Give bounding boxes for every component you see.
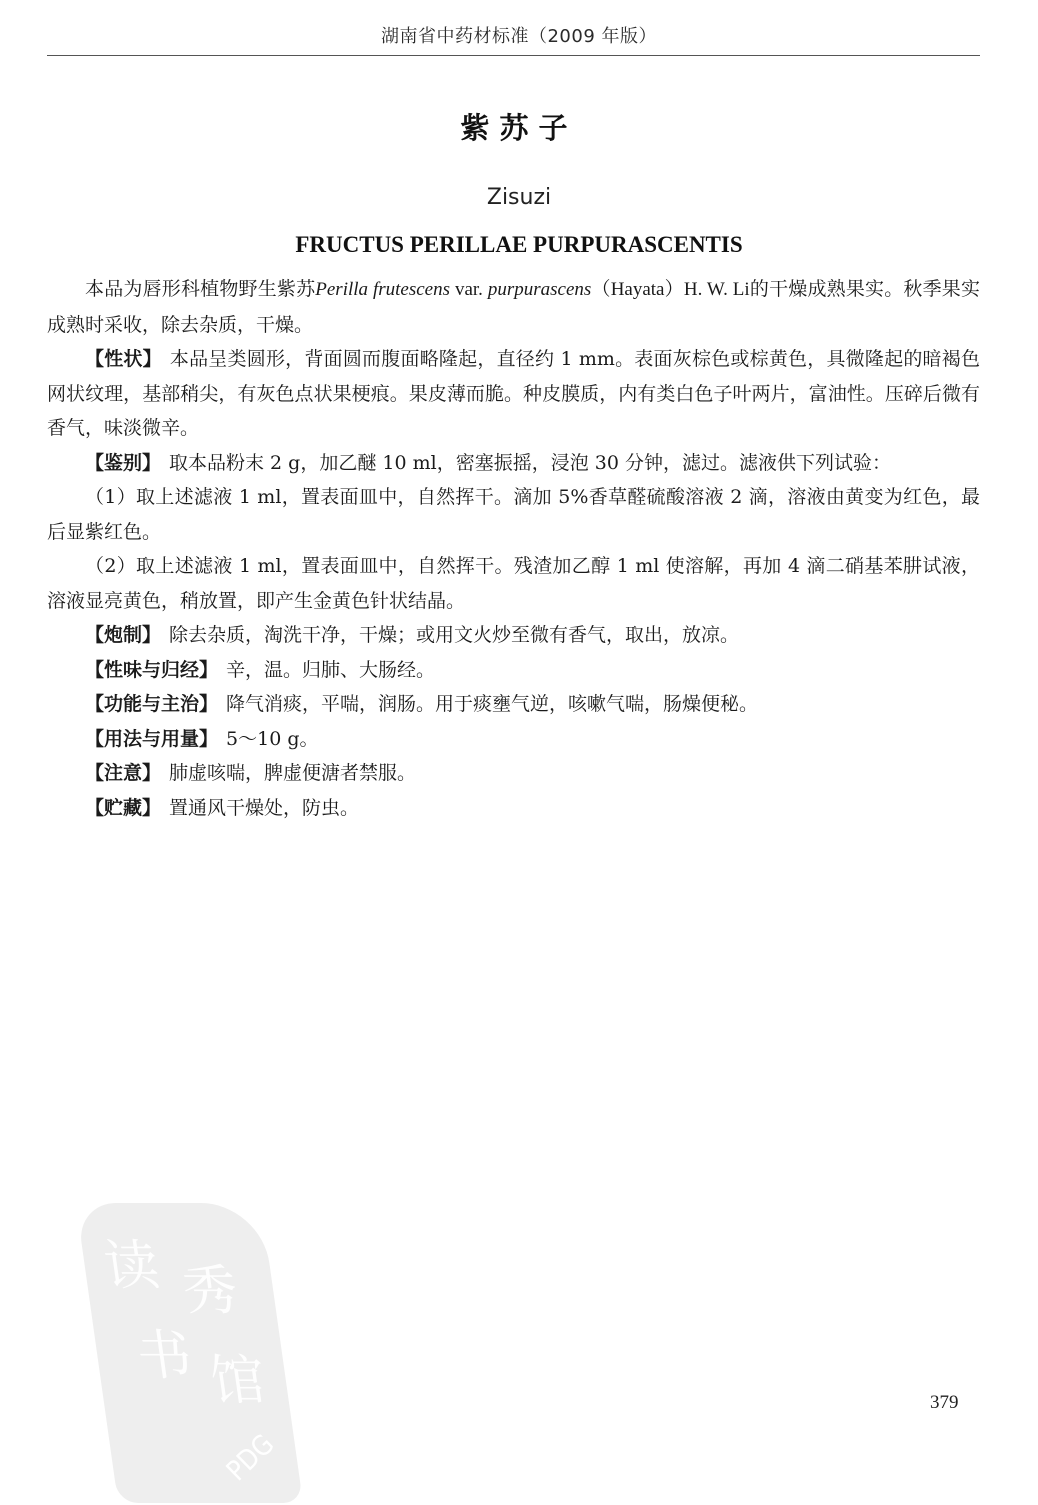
identification-test-1: （1）取上述滤液 1 ml，置表面皿中，自然挥干。滴加 5%香草醛硫酸溶液 2 … <box>47 480 980 549</box>
page-number: 379 <box>930 1392 959 1414</box>
section-text: 5～10 g。 <box>226 728 318 750</box>
monograph-title-pinyin: Zisuzi <box>0 185 1038 210</box>
section-functions-indications: 【功能与主治】降气消痰，平喘，润肠。用于痰壅气逆，咳嗽气喘，肠燥便秘。 <box>47 687 980 722</box>
watermark-text: PDG <box>221 1429 281 1488</box>
section-text: 辛，温。归肺、大肠经。 <box>226 659 435 681</box>
section-label: 【功能与主治】 <box>85 693 218 715</box>
watermark-seal: 读 秀 书 馆 PDG <box>76 1203 303 1503</box>
seal-glyph: 读 <box>99 1223 164 1300</box>
seal-glyph: 秀 <box>177 1248 242 1325</box>
identification-test-2: （2）取上述滤液 1 ml，置表面皿中，自然挥干。残渣加乙醇 1 ml 使溶解，… <box>47 549 980 618</box>
section-precautions: 【注意】肺虚咳喘，脾虚便溏者禁服。 <box>47 756 980 791</box>
variety-marker: var. <box>450 279 488 300</box>
intro-paragraph: 本品为唇形科植物野生紫苏Perilla frutescens var. purp… <box>47 272 980 342</box>
section-processing: 【炮制】除去杂质，淘洗干净，干燥；或用文火炒至微有香气，取出，放凉。 <box>47 618 980 653</box>
section-identification: 【鉴别】取本品粉末 2 g，加乙醚 10 ml，密塞振摇，浸泡 30 分钟，滤过… <box>47 446 980 481</box>
section-storage: 【贮藏】置通风干燥处，防虫。 <box>47 791 980 826</box>
section-label: 【注意】 <box>85 762 161 784</box>
seal-glyph: 书 <box>131 1313 196 1390</box>
section-text: （2）取上述滤液 1 ml，置表面皿中，自然挥干。残渣加乙醇 1 ml 使溶解，… <box>47 555 980 612</box>
section-usage-dosage: 【用法与用量】5～10 g。 <box>47 722 980 757</box>
monograph-title-chinese: 紫苏子 <box>0 106 1038 147</box>
section-text: 本品呈类圆形，背面圆而腹面略隆起，直径约 1 mm。表面灰棕色或棕黄色，具微隆起… <box>47 348 980 439</box>
section-nature-meridian: 【性味与归经】辛，温。归肺、大肠经。 <box>47 653 980 688</box>
author-citation: （Hayata）H. W. Li <box>591 279 749 300</box>
intro-prefix: 本品为唇形科植物野生紫苏 <box>85 278 315 300</box>
monograph-body: 本品为唇形科植物野生紫苏Perilla frutescens var. purp… <box>47 272 980 825</box>
section-label: 【鉴别】 <box>85 452 161 474</box>
section-text: 降气消痰，平喘，润肠。用于痰壅气逆，咳嗽气喘，肠燥便秘。 <box>226 693 758 715</box>
running-header: 湖南省中药材标准（2009 年版） <box>0 22 1038 48</box>
section-text: 除去杂质，淘洗干净，干燥；或用文火炒至微有香气，取出，放凉。 <box>169 624 739 646</box>
seal-glyph: 馆 <box>205 1338 270 1415</box>
section-label: 【贮藏】 <box>85 797 161 819</box>
species-name: Perilla frutescens <box>315 279 450 300</box>
section-text: 肺虚咳喘，脾虚便溏者禁服。 <box>169 762 416 784</box>
header-rule <box>47 55 980 56</box>
section-label: 【用法与用量】 <box>85 728 218 750</box>
monograph-title-latin: FRUCTUS PERILLAE PURPURASCENTIS <box>0 232 1038 258</box>
section-description: 【性状】本品呈类圆形，背面圆而腹面略隆起，直径约 1 mm。表面灰棕色或棕黄色，… <box>47 342 980 446</box>
section-label: 【炮制】 <box>85 624 161 646</box>
section-text: （1）取上述滤液 1 ml，置表面皿中，自然挥干。滴加 5%香草醛硫酸溶液 2 … <box>47 486 980 543</box>
section-label: 【性状】 <box>85 348 162 370</box>
section-text: 取本品粉末 2 g，加乙醚 10 ml，密塞振摇，浸泡 30 分钟，滤过。滤液供… <box>169 452 891 474</box>
variety-name: purpurascens <box>488 279 591 300</box>
section-label: 【性味与归经】 <box>85 659 218 681</box>
section-text: 置通风干燥处，防虫。 <box>169 797 359 819</box>
